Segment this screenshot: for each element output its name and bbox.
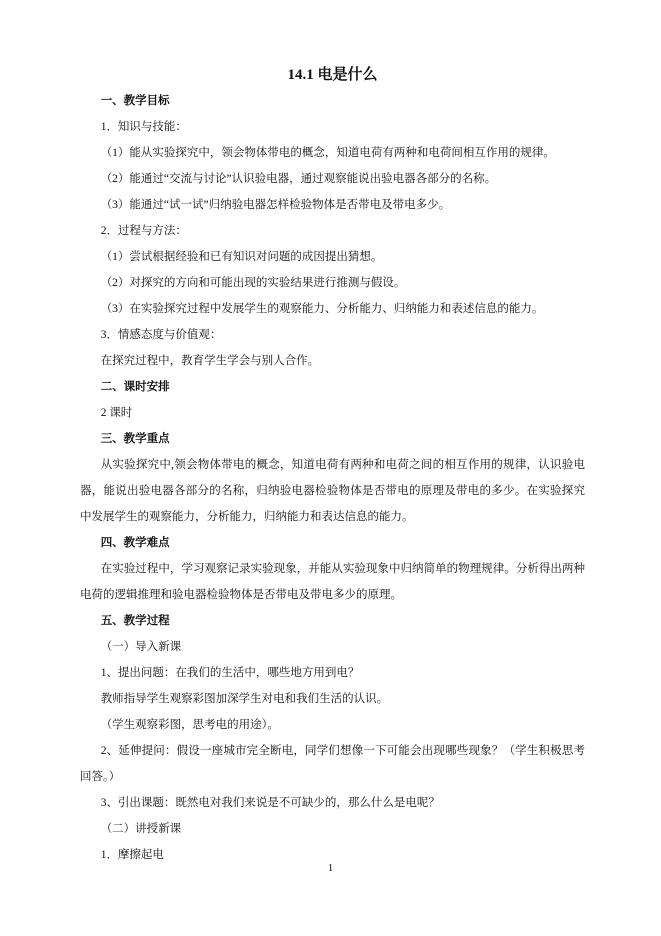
para-knowledge-skills-item-1: （1）能从实验探究中，领会物体带电的概念，知道电荷有两种和电荷间相互作用的规律。 <box>80 140 585 166</box>
document-body: 14.1 电是什么 一、教学目标 1．知识与技能： （1）能从实验探究中，领会物… <box>80 62 585 868</box>
para-process-methods-item-2: （2）对探究的方向和可能出现的实验结果进行推测与假设。 <box>80 270 585 296</box>
para-teaching-focus-body: 从实验探究中,领会物体带电的概念，知道电荷有两种和电荷之间的相互作用的规律，认识… <box>80 452 585 530</box>
para-teaching-difficulties-body: 在实验过程中，学习观察记录实验现象，并能从实验现象中归纳简单的物理规律。分析得出… <box>80 556 585 608</box>
page-number: 1 <box>0 861 661 875</box>
heading-teaching-process: 五、教学过程 <box>80 608 585 634</box>
heading-teaching-objectives: 一、教学目标 <box>80 88 585 114</box>
heading-teaching-focus: 三、教学重点 <box>80 426 585 452</box>
para-knowledge-skills-item-3: （3）能通过“试一试”归纳验电器怎样检验物体是否带电及带电多少。 <box>80 192 585 218</box>
para-topic-question-3: 3、引出课题：既然电对我们来说是不可缺少的，那么什么是电呢？ <box>80 790 585 816</box>
para-knowledge-skills-label: 1．知识与技能： <box>80 114 585 140</box>
para-process-methods-item-1: （1）尝试根据经验和已有知识对问题的成因提出猜想。 <box>80 244 585 270</box>
document-page: 14.1 电是什么 一、教学目标 1．知识与技能： （1）能从实验探究中，领会物… <box>0 0 661 936</box>
heading-teaching-difficulties: 四、教学难点 <box>80 530 585 556</box>
para-teacher-guidance: 教师指导学生观察彩图加深学生对电和我们生活的认识。 <box>80 686 585 712</box>
para-emotion-values-label: 3．情感态度与价值观： <box>80 322 585 348</box>
doc-title: 14.1 电是什么 <box>80 62 585 88</box>
para-intro-new-lesson: （一）导入新课 <box>80 634 585 660</box>
para-emotion-values-body: 在探究过程中，教育学生学会与别人合作。 <box>80 348 585 374</box>
para-process-methods-item-3: （3）在实验探究过程中发展学生的观察能力、分析能力、归纳能力和表述信息的能力。 <box>80 296 585 322</box>
para-lesson-hours-value: 2 课时 <box>80 400 585 426</box>
para-knowledge-skills-item-2: （2）能通过“交流与讨论”认识验电器，通过观察能说出验电器各部分的名称。 <box>80 166 585 192</box>
para-extended-question-2: 2、延伸提问：假设一座城市完全断电，同学们想像一下可能会出现哪些现象？（学生积极… <box>80 738 585 790</box>
para-teach-new-lesson: （二）讲授新课 <box>80 816 585 842</box>
heading-lesson-hours: 二、课时安排 <box>80 374 585 400</box>
para-lead-question-1: 1、提出问题：在我们的生活中，哪些地方用到电？ <box>80 660 585 686</box>
para-student-observation: （学生观察彩图，思考电的用途）。 <box>80 712 585 738</box>
para-process-methods-label: 2．过程与方法： <box>80 218 585 244</box>
